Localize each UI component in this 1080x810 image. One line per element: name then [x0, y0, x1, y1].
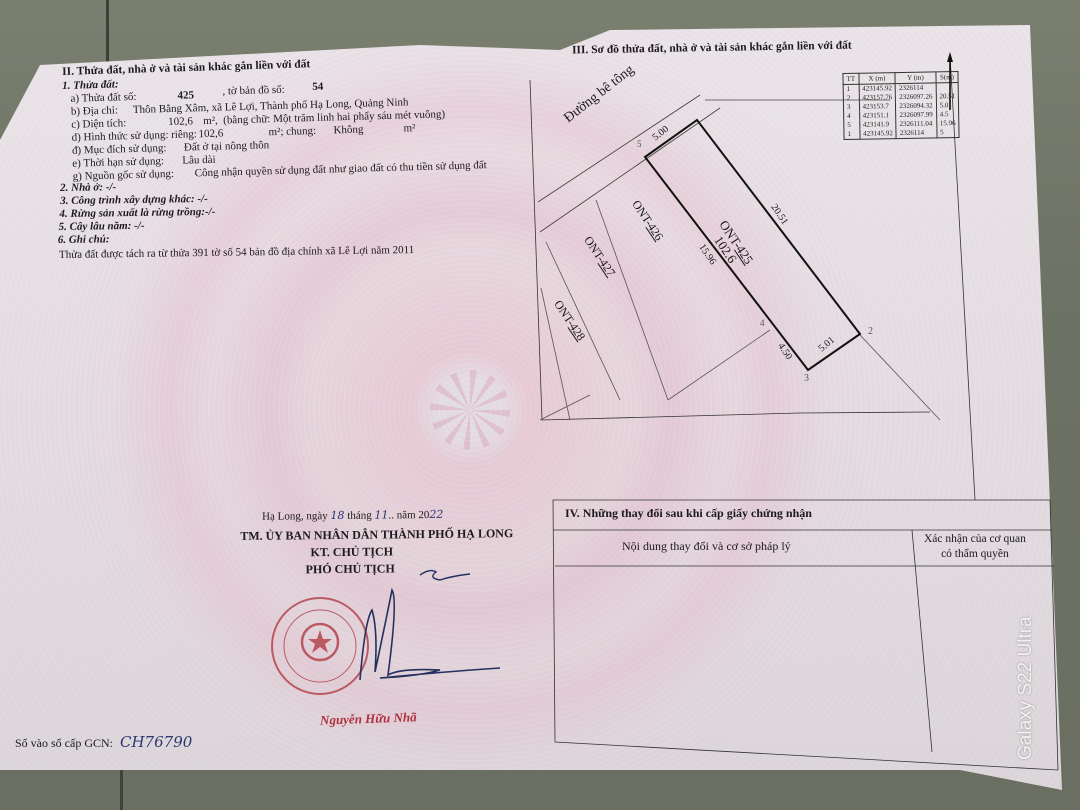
coordinate-cell: 20.51 [936, 92, 959, 101]
coordinate-row: 1423145.9223261145 [844, 128, 959, 140]
date-month: 11 [374, 508, 388, 521]
land-heading: 1. Thửa đất: [62, 78, 119, 92]
place-date: Hạ Long, ngày 18 tháng 11.. năm 2022 [262, 508, 443, 524]
item-label: 2. Nhà ở: [60, 181, 103, 194]
vertex-label: 3 [804, 372, 809, 385]
parcel-label: a) Thửa đất số: [70, 91, 136, 105]
item-planted-forest: 4. Rừng sản xuất là rừng trồng:-/- [59, 206, 215, 220]
coordinate-cell: 5 [844, 121, 860, 130]
usage-private-value: 102,6 [198, 128, 223, 141]
map-sheet-number: 54 [312, 81, 323, 93]
coordinate-cell: 2326114 [896, 128, 936, 138]
registry-label: Số vào sổ cấp GCN: [15, 736, 113, 750]
coordinate-cell: 5 [936, 128, 959, 138]
usage-shared-unit: m² [403, 122, 415, 134]
changes-column-header: Nội dung thay đổi và cơ sở pháp lý [622, 540, 791, 553]
usage-shared-value: Không [333, 124, 363, 137]
date-year: 22 [429, 508, 443, 521]
coordinate-cell: 1 [844, 130, 860, 140]
coordinate-cell: 15.96 [936, 119, 959, 128]
registry-value: CH76790 [120, 733, 192, 751]
floor-seam [120, 770, 123, 810]
item-perennial-trees: 5. Cây lâu năm: -/- [59, 220, 145, 233]
item-value: -/- [106, 181, 117, 193]
col-header: TT [843, 73, 859, 84]
coordinate-cell: 1 [843, 84, 859, 94]
item-notes: 6. Ghi chú: [58, 233, 110, 246]
signer-role: PHÓ CHỦ TỊCH [306, 562, 395, 576]
item-label: 4. Rừng sản xuất là rừng trồng: [59, 206, 205, 220]
col-header: X (m) [858, 73, 895, 85]
coordinate-cell: 423157.76 [859, 93, 896, 103]
coordinate-cell: 4.5 [936, 110, 959, 119]
confirmation-header-line2: có thẩm quyền [924, 548, 1026, 561]
item-value: -/- [197, 193, 208, 205]
section4-title: IV. Những thay đổi sau khi cấp giấy chứn… [565, 507, 812, 520]
vertex-label: 2 [868, 325, 873, 338]
item-label: 3. Công trình xây dựng khác: [60, 193, 194, 207]
purpose-value: Đất ở tại nông thôn [184, 139, 270, 153]
section2-items: 2. Nhà ở: -/- 3. Công trình xây dựng khá… [60, 182, 61, 262]
coordinate-cell [936, 82, 959, 92]
drum-star-pattern [430, 370, 510, 450]
coordinate-cell: 3 [843, 103, 859, 112]
date-day: 18 [330, 509, 344, 522]
item-label: 5. Cây lâu năm: [59, 220, 132, 233]
coordinate-cell: 4 [844, 112, 860, 121]
month-label: tháng [347, 510, 372, 522]
col-header: S(m) [935, 71, 958, 82]
item-value: -/- [134, 220, 145, 232]
coordinate-cell: 2 [843, 94, 859, 103]
area-value: 102,6 [168, 115, 193, 128]
coordinate-cell: 5.01 [936, 101, 959, 110]
item-house: 2. Nhà ở: -/- [60, 181, 116, 194]
item-other-construction: 3. Công trình xây dựng khác: -/- [60, 193, 208, 207]
usage-private-unit: m²; chung: [268, 125, 316, 138]
coordinate-cell: 2326111.04 [896, 119, 936, 129]
item-label: 6. Ghi chú: [58, 233, 110, 246]
camera-watermark: Galaxy S22 Ultra [1015, 616, 1037, 760]
coordinate-cell: 423145.92 [859, 129, 896, 139]
term-value: Lâu dài [182, 154, 216, 167]
vertex-label: 5 [637, 138, 642, 151]
map-sheet-label: , tờ bản đồ số: [222, 84, 285, 98]
registry-number: Số vào sổ cấp GCN: CH76790 [15, 736, 192, 750]
confirmation-column-header: Xác nhận của cơ quan có thẩm quyền [924, 533, 1026, 561]
address-label: b) Địa chỉ: [71, 104, 118, 117]
item-value: -/- [205, 206, 216, 218]
coordinate-table: TT X (m) Y (m) S(m) 1423145.922326114242… [842, 71, 959, 140]
vertex-label: 4 [760, 317, 765, 330]
confirmation-header-line1: Xác nhận của cơ quan [924, 533, 1026, 546]
parcel-number: 425 [177, 89, 194, 101]
year-label: năm 20 [397, 509, 430, 521]
col-header: Y (m) [895, 72, 935, 84]
on-behalf-title: KT. CHỦ TỊCH [310, 545, 393, 559]
area-label: c) Diện tích: [71, 117, 126, 131]
area-unit: m², [203, 115, 218, 127]
place-date-prefix: Hạ Long, ngày [262, 510, 328, 523]
signer-name: Nguyễn Hữu Nhã [320, 710, 417, 726]
